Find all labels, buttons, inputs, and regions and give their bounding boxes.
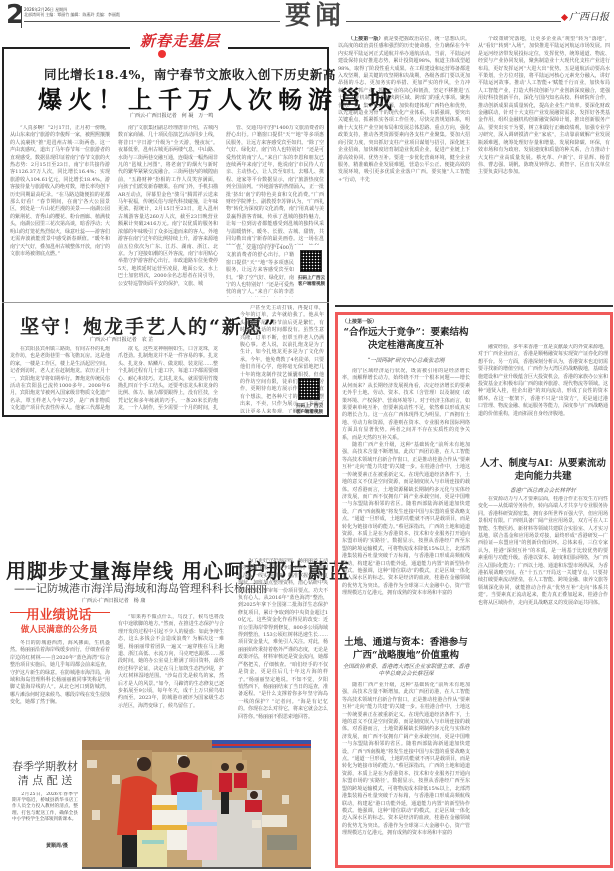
continued-column-1: （上接第一版）就是要把握政治站位，统一思想认识。以高度的政治责任感和强烈的历史使… [338, 36, 470, 300]
qr-code-icon[interactable] [298, 378, 320, 400]
masthead-info: 2026年2月26日 星期四 北部湾周刊 主编：覃丽竹 编辑：陈燕玲 美编：李丽… [24, 7, 120, 17]
feature-column-3b: 管、交通共同守护1400万文旅消费者的舒心出行。户籍窗口提供“天”“地”等多项惠… [226, 245, 294, 297]
continued-label: （上接第一版） [348, 36, 384, 42]
column-tag: 用业绩说话 做人民满意的公务员 [4, 604, 114, 635]
paragraph: 为了更好守护海岸线，杨丽丽还主动承担项目申报与资金争取工作。她带领团队深入一线实… [238, 558, 328, 721]
feature-column-1: “人真多啊！”2月17日，正月初一傍晚，从山东来南宁旅游的李俊辉一家，被熙熙攘攘… [10, 125, 110, 297]
highlight-headline: “合作远大于竞争”：要素结构决定桂港高度互补 [342, 326, 470, 352]
dragon-column-2: 欲飞，这些龙神栩栩如生，口含龙珠，龙爪苍劲。扎制炮龙并不是一件容易的事。扎龙头、… [118, 346, 218, 412]
flower-ornament-icon [158, 50, 166, 58]
continued-column-2: 个政策研究落地，让更多企业从“观望”转为“落地”，从“看好”转到“入场”，加快推… [478, 36, 610, 300]
photo-title-line2: 清 点 配 送 [10, 774, 80, 788]
editor-line: 北部湾周刊 主编：覃丽竹 编辑：陈燕玲 美编：李丽霞 [24, 12, 120, 17]
masthead-rule-left [24, 21, 280, 22]
paragraph: 在宾阳县宾州镇三路街，有间古朴的礼炮龙作坊，也是老街巷里一栋飞檐瓦房。这是他的家… [10, 346, 110, 412]
masthead-divider [21, 6, 22, 28]
tag-rule-left [10, 612, 30, 613]
tag-rule-right [90, 612, 110, 613]
left-bottom-rule [82, 867, 311, 869]
photo-news-title: 春季学期教材 清 点 配 送 [10, 760, 80, 788]
paragraph: “人真多啊！”2月17日，正月初一傍晚，从山东来南宁旅游的李俊辉一家，被熙熙攘攘… [10, 125, 110, 258]
paragraph: 随着广西产业升级，这种“基础转化”前所未有地加强，高技术含量不断增加。此次广西团… [342, 682, 470, 838]
tag-title: 用业绩说话 [26, 608, 91, 623]
right-divider [335, 305, 613, 307]
feature-byline: 广西云-广西日报记者 何 凝 万一鸣 [130, 112, 213, 119]
paragraph: （上接第一版）就是要把握政治站位，统一思想认识。以高度的政治责任感和强烈的历史使… [338, 36, 470, 184]
photo-title-line1: 春季学期教材 [10, 760, 80, 774]
logo-diamond-icon [561, 14, 568, 21]
qr-caption: 扫码上广西云客户端看视频 [298, 276, 326, 287]
paragraph: 管、交通共同守护1400万文旅消费者的舒心出行。户籍窗口提供“天”“地”等多项惠… [226, 245, 294, 297]
coast-byline: 广西云-广西日报记者 杨 康 [82, 597, 145, 604]
highlight-byline: “一国两制”研究中心总裁张志刚 [342, 356, 470, 364]
coast-subheadline: ——记防城港市海洋局海域和海岛管理科科长杨丽丽 [14, 580, 267, 596]
coast-column-3: 为了更好守护海岸线，杨丽丽还主动承担项目申报与资金争取工作。她带领团队深入一线实… [238, 558, 328, 738]
feature-box-bottom-rule [2, 415, 329, 417]
section-divider [2, 302, 329, 303]
kicker-label: 新春走基层 [140, 30, 220, 51]
highlight-subheading-2: 人才、制度与AI：从要素流动走向能力共建 [478, 457, 608, 483]
paragraph: 南宁区域经济运行状况，既需被引用的是经济增长率，而解释增长动力，始终绕不开一个根… [342, 368, 470, 442]
paragraph: 南宁文旅集团副总经理唐菲介绍，古城内数百家商铺、几十项民俗演艺活动同步上线，将昔… [118, 125, 218, 288]
coast-column-1: 冬日的防城港西湾，海风拂面，生机盎然。杨丽丽沿着海岸线缓步而行，仔细查看着岸边的… [10, 640, 110, 735]
qr-caption: 扫码上广西云客户端看视频 [296, 404, 326, 415]
feature-box-top-rule-left [2, 47, 130, 49]
brand-name: 广西日报 [569, 12, 609, 23]
highlight-sub3-byline: 全国政协常委、香港湾大湾区企业家联盟主席、香港中华总商会会长蔡冠深 [342, 664, 470, 678]
highlight-column-1: 南宁区域经济运行状况，既需被引用的是经济增长率，而解释增长动力，始终绕不开一个根… [342, 368, 470, 596]
paragraph: 融资经验，多年来香港一直是贡献最大的外资来源地，对于广西企业而言，香港是顺畅融资… [478, 344, 608, 418]
feature-box-frame [2, 47, 4, 417]
feature-column-2: 南宁文旅集团副总经理唐菲介绍，古城内数百家商铺、几十项民俗演艺活动同步上线，将昔… [118, 125, 218, 297]
highlight-continued-label: （上接第一版） [342, 318, 377, 325]
qr-code-icon[interactable] [300, 250, 322, 272]
paragraph: 在资源动力与人才要素层面，桂港合作正在发生方向性变化——从低端劳务协作，转向高端… [478, 496, 608, 607]
photo-credit: 黄顺周/摄 [46, 842, 68, 849]
warehouse-photo-illustration [82, 740, 311, 867]
paragraph: 冬日的防城港西湾，海风拂面，生机盎然。杨丽丽沿着海岸线缓步而行，仔细查看着岸边的… [10, 640, 110, 707]
paragraph: 随着广西产业升级，这种“基础转化”前所未有地加强，高技术含量不断增加。此次广西团… [342, 442, 470, 596]
paragraph: 个政策研究落地，让更多企业从“观望”转为“落地”，从“看好”转到“入场”，加快推… [478, 36, 610, 177]
dragon-headline: 坚守！炮龙手艺人的“新愿” [20, 312, 277, 339]
feature-column-3: 管、交通共同守护1400万文旅消费者的舒心出行。户籍窗口提供“天”“地”等多项惠… [226, 125, 324, 245]
feature-box-top-rule-right [228, 47, 328, 49]
dragon-column-1: 在宾阳县宾州镇三路街，有间古朴的礼炮龙作坊，也是老街巷里一栋飞檐瓦房。这是他的家… [10, 346, 110, 412]
newspaper-logo: 广西日报 [562, 8, 609, 23]
paragraph: 欲飞，这些龙神栩栩如生，口含龙珠，龙爪苍劲。扎制炮龙并不是一件容易的事。扎龙头、… [118, 346, 218, 412]
coast-column-2: “如果再不做点什么，鸟没了，候鸟也将没有中途歇脚的地方。”然而，在推进生态保护与… [118, 614, 224, 739]
masthead-rule-right [346, 21, 561, 22]
highlight-column-1b: 随着广西产业升级，这种“基础转化”前所未有地加强，高技术含量不断增加。此次广西团… [342, 682, 470, 864]
section-title: 要闻 [285, 2, 345, 30]
tag-subtitle: 做人民满意的公务员 [4, 623, 114, 635]
paragraph: “如果再不做点什么，鸟没了，候鸟也将没有中途歇脚的地方。”然而，在推进生态保护与… [118, 614, 224, 710]
highlight-subheading-3: 土地、通道与资本：香港参与广西“战略腹地”价值重构 [342, 636, 470, 662]
photo-textbook-warehouse [82, 740, 311, 867]
photo-caption: 2月25日，2026年春季学期开学临近，桥城县新华书店工作人员全力投入教材的清点… [12, 792, 78, 842]
highlight-column-2b: 在资源动力与人才要素层面，桂港合作正在发生方向性变化——从低端劳务协作，转向高端… [478, 496, 608, 864]
paragraph: 管、交通共同守护1400万文旅消费者的舒心出行。户籍窗口提供“天”“地”等多项惠… [226, 125, 324, 245]
continued-text: 就是要把握政治站位，统一思想认识。以高度的政治责任感和强烈的历史使命感，全力确保… [338, 36, 470, 183]
paragraph: 2月25日，2026年春季学期开学临近，桥城县新华书店工作人员全力投入教材的清点… [12, 792, 78, 823]
highlight-column-2: 融资经验，多年来香港一直是贡献最大的外资来源地，对于广西企业而言，香港是顺畅融资… [478, 344, 608, 454]
dragon-byline: 广西云-广西日报记者 农 芷 [90, 336, 153, 343]
highlight-sub2-byline: 香港广西总商会会长林祥轩 [478, 486, 608, 494]
